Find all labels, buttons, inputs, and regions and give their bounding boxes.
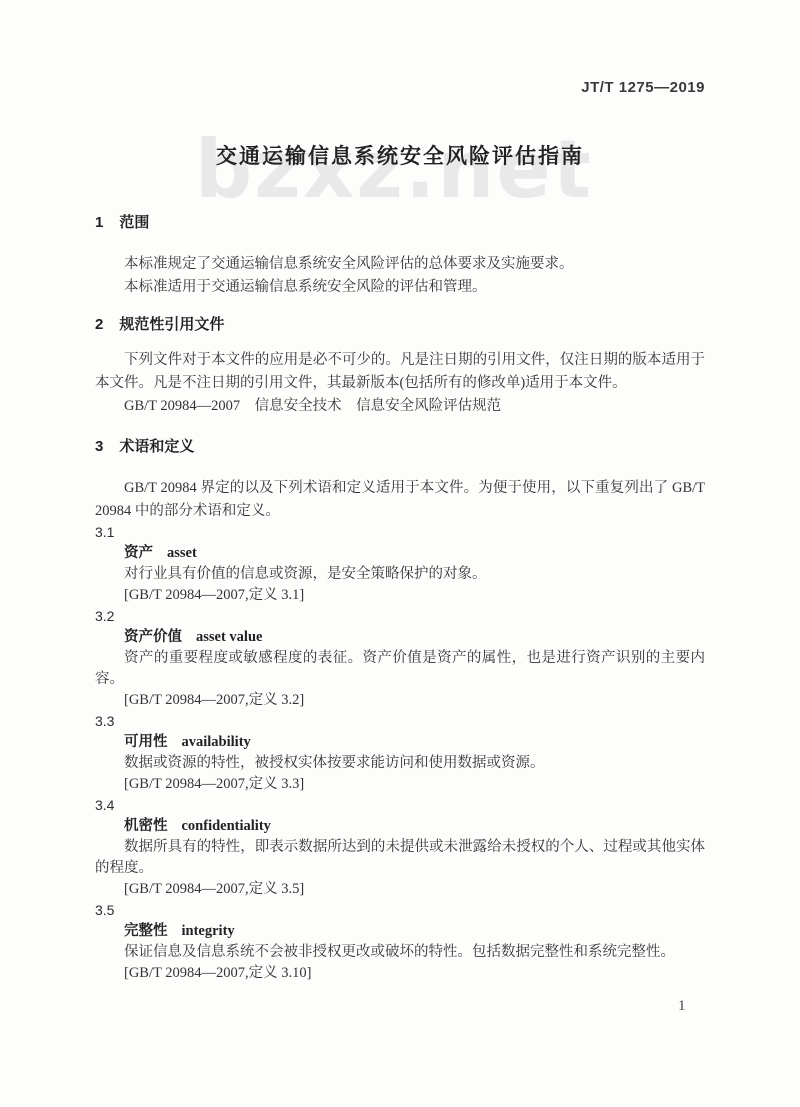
term-source: [GB/T 20984—2007,定义 3.1] [95, 585, 705, 606]
term-definition: 对行业具有价值的信息或资源，是安全策略保护的对象。 [95, 564, 705, 585]
term-name-zh: 可用性 [124, 734, 168, 750]
document-header: JT/T 1275—2019 [95, 0, 705, 98]
term-name-en: asset [167, 545, 197, 561]
term-definition: 数据所具有的特性，即表示数据所达到的未提供或未泄露给未授权的个人、过程或其他实体… [95, 837, 705, 879]
section-body-normative-references: 下列文件对于本文件的应用是必不可少的。凡是注日期的引用文件，仅注日期的版本适用于… [95, 349, 705, 418]
section-title: 术语和定义 [119, 438, 194, 455]
term-number: 3.2 [95, 606, 705, 627]
term-name-zh: 完整性 [124, 923, 168, 939]
term-source: [GB/T 20984—2007,定义 3.5] [95, 879, 705, 900]
document-title: 交通运输信息系统安全风险评估指南 [95, 142, 705, 172]
term-name-en: integrity [182, 923, 235, 939]
title-block: bzxz.net 交通运输信息系统安全风险评估指南 [95, 142, 705, 172]
paragraph: 本标准适用于交通运输信息系统安全风险的评估和管理。 [95, 276, 705, 299]
term-name-zh: 资产 [124, 545, 153, 561]
term-number: 3.1 [95, 522, 705, 543]
term-number: 3.5 [95, 900, 705, 921]
section-number: 3 [95, 436, 103, 457]
term-source: [GB/T 20984—2007,定义 3.10] [95, 963, 705, 984]
term-name: 资产asset [95, 543, 705, 564]
term-source: [GB/T 20984—2007,定义 3.2] [95, 690, 705, 711]
term-name: 机密性confidentiality [95, 816, 705, 837]
term-entry-asset-value: 3.2 资产价值asset value 资产的重要程度或敏感程度的表征。资产价值… [95, 606, 705, 711]
terms-list: 3.1 资产asset 对行业具有价值的信息或资源，是安全策略保护的对象。 [G… [95, 522, 705, 984]
term-name-en: confidentiality [182, 818, 271, 834]
section-number: 2 [95, 314, 103, 335]
term-number: 3.4 [95, 795, 705, 816]
term-entry-confidentiality: 3.4 机密性confidentiality 数据所具有的特性，即表示数据所达到… [95, 795, 705, 900]
section-title: 规范性引用文件 [119, 316, 224, 333]
section-heading-normative-references: 2规范性引用文件 [95, 314, 705, 335]
paragraph: GB/T 20984 界定的以及下列术语和定义适用于本文件。为便于使用，以下重复… [95, 477, 705, 522]
standard-number: JT/T 1275—2019 [581, 79, 705, 96]
referenced-standard: GB/T 20984—2007 信息安全技术 信息安全风险评估规范 [95, 395, 705, 418]
term-name-zh: 资产价值 [124, 629, 182, 645]
term-source: [GB/T 20984—2007,定义 3.3] [95, 774, 705, 795]
term-name-en: availability [182, 734, 251, 750]
term-definition: 资产的重要程度或敏感程度的表征。资产价值是资产的属性，也是进行资产识别的主要内容… [95, 648, 705, 690]
page-number: 1 [678, 998, 686, 1015]
term-name-zh: 机密性 [124, 818, 168, 834]
term-entry-integrity: 3.5 完整性integrity 保证信息及信息系统不会被非授权更改或破坏的特性… [95, 900, 705, 984]
term-number: 3.3 [95, 711, 705, 732]
term-entry-availability: 3.3 可用性availability 数据或资源的特性，被授权实体按要求能访问… [95, 711, 705, 795]
paragraph: 下列文件对于本文件的应用是必不可少的。凡是注日期的引用文件，仅注日期的版本适用于… [95, 349, 705, 395]
section-title: 范围 [119, 214, 149, 231]
section-number: 1 [95, 212, 103, 233]
section-heading-terms-definitions: 3术语和定义 [95, 436, 705, 457]
paragraph: 本标准规定了交通运输信息系统安全风险评估的总体要求及实施要求。 [95, 253, 705, 276]
term-name-en: asset value [196, 629, 262, 645]
section-body-scope: 本标准规定了交通运输信息系统安全风险评估的总体要求及实施要求。 本标准适用于交通… [95, 253, 705, 299]
document-page: JT/T 1275—2019 bzxz.net 交通运输信息系统安全风险评估指南… [0, 0, 800, 1107]
term-definition: 数据或资源的特性，被授权实体按要求能访问和使用数据或资源。 [95, 753, 705, 774]
term-name: 资产价值asset value [95, 627, 705, 648]
section-body-terms-intro: GB/T 20984 界定的以及下列术语和定义适用于本文件。为便于使用，以下重复… [95, 477, 705, 522]
term-definition: 保证信息及信息系统不会被非授权更改或破坏的特性。包括数据完整性和系统完整性。 [95, 942, 705, 963]
term-name: 完整性integrity [95, 921, 705, 942]
term-name: 可用性availability [95, 732, 705, 753]
term-entry-asset: 3.1 资产asset 对行业具有价值的信息或资源，是安全策略保护的对象。 [G… [95, 522, 705, 606]
